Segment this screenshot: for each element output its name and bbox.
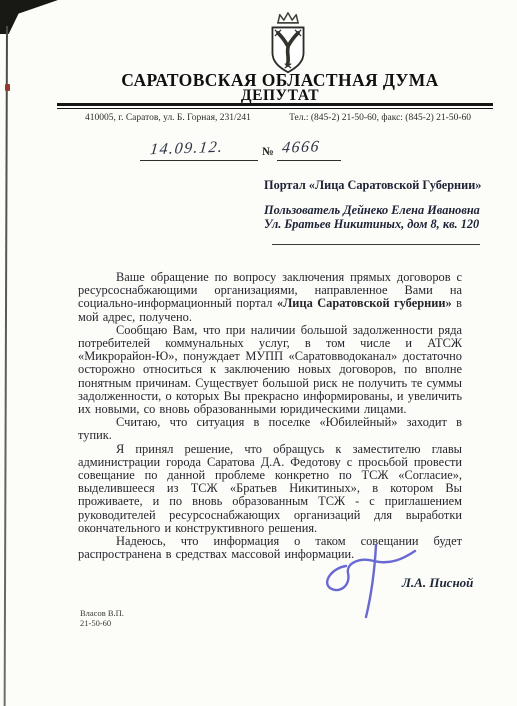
red-ink-mark <box>5 84 10 91</box>
letter-body: Ваше обращение по вопросу заключения пря… <box>78 271 462 561</box>
recipient-block: Портал «Лица Саратовской Губернии» Польз… <box>264 178 489 231</box>
letterhead: САРАТОВСКАЯ ОБЛАСТНАЯ ДУМА ДЕПУТАТ <box>60 72 500 102</box>
saratov-coat-of-arms-icon <box>260 11 316 75</box>
org-address: 410005, г. Саратов, ул. Б. Горная, 231/2… <box>85 113 251 123</box>
executor-block: Власов В.П. 21-50-60 <box>80 609 124 628</box>
signatory-name: Л.А. Писной <box>402 575 473 591</box>
recipient-portal: Портал «Лица Саратовской Губернии» <box>264 178 489 192</box>
recipient-underline <box>272 244 480 245</box>
recipient-address: Ул. Братьев Никитиных, дом 8, кв. 120 <box>264 217 489 231</box>
recipient-user: Пользователь Дейнеко Елена Ивановна <box>264 203 489 217</box>
number-underline <box>277 160 341 161</box>
handwritten-date: 14.09.12. <box>149 139 224 160</box>
scan-corner-artifact <box>0 0 58 34</box>
scanned-letter-page: САРАТОВСКАЯ ОБЛАСТНАЯ ДУМА ДЕПУТАТ 41000… <box>0 0 517 706</box>
org-phone-fax: Тел.: (845-2) 21-50-60, факс: (845-2) 21… <box>289 113 471 123</box>
paragraph-2: Сообщаю Вам, что при наличии большой зад… <box>78 324 462 416</box>
letterhead-contacts-row: 410005, г. Саратов, ул. Б. Горная, 231/2… <box>85 113 471 123</box>
handwritten-number: 4666 <box>281 138 321 157</box>
date-underline <box>140 160 258 161</box>
executor-phone: 21-50-60 <box>80 619 124 629</box>
letterhead-divider <box>57 103 493 109</box>
paragraph-1-bold-portal-name: «Лица Саратовской губернии» <box>277 296 452 310</box>
number-sign: № <box>262 146 274 158</box>
paragraph-1: Ваше обращение по вопросу заключения пря… <box>78 271 462 324</box>
org-role: ДЕПУТАТ <box>60 89 500 102</box>
scan-edge-line <box>4 26 8 706</box>
paragraph-3: Считаю, что ситуация в поселке «Юбилейны… <box>78 416 462 442</box>
paragraph-4: Я принял решение, что обращусь к замести… <box>78 443 462 535</box>
